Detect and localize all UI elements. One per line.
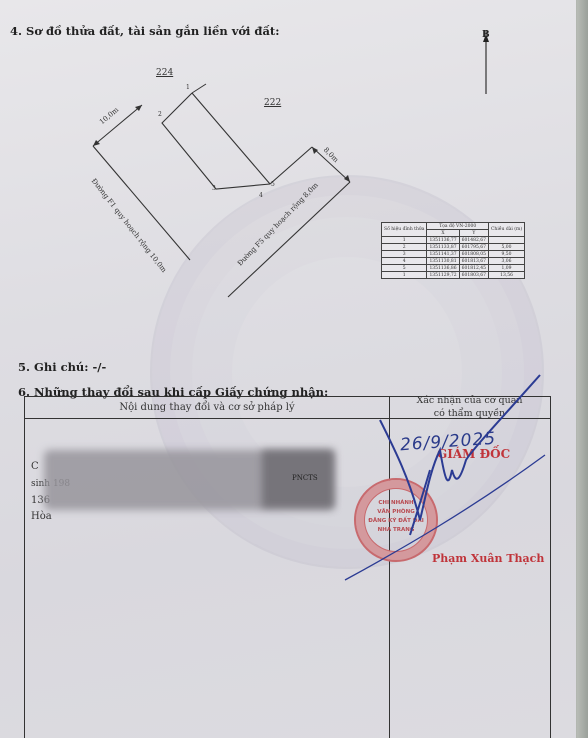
signature [0,0,576,738]
signer-name: Phạm Xuân Thạch [432,552,544,565]
certificate-page: 4. Sơ đồ thửa đất, tài sản gắn liền với … [0,0,576,738]
